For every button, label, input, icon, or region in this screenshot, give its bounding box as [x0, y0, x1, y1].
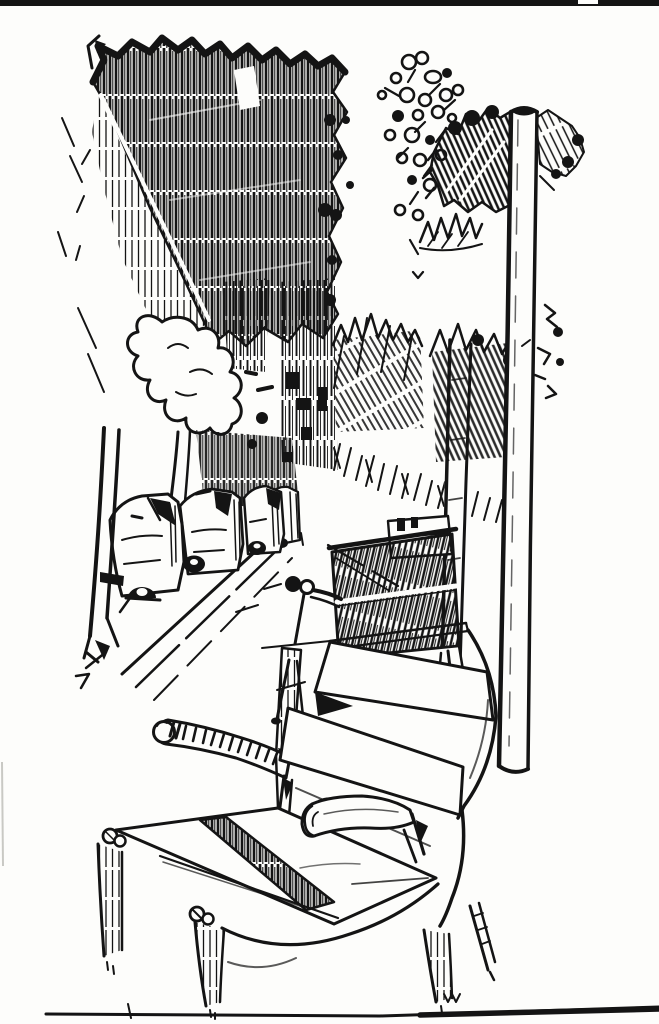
hedge-edge-jags [76, 150, 90, 260]
lamppost [499, 107, 564, 772]
backrest-right-post [458, 630, 496, 818]
trunk-base-mark [86, 652, 98, 662]
seven-mark [76, 674, 89, 688]
seat-leg-knob [203, 914, 214, 925]
bench-armrest-support [295, 594, 304, 644]
leg-foot [490, 972, 494, 980]
pole-foliage [423, 105, 584, 212]
scan-line-thick [420, 1009, 659, 1015]
far-armrest [157, 720, 290, 778]
trunk-edge [90, 428, 104, 636]
box-car-mark [411, 517, 418, 528]
near-armrest [302, 796, 414, 836]
near-armrest-attach [404, 830, 416, 862]
car-wheel-hub [190, 559, 198, 565]
hedge-blob [318, 203, 332, 217]
foliage-clump [464, 110, 480, 126]
car-3 [244, 486, 284, 555]
bench-foreground [98, 623, 496, 1019]
pen-stroke [78, 308, 96, 348]
car-wheel-hub [137, 588, 148, 596]
pole-top-tip [513, 107, 535, 116]
front-apron-inner [228, 958, 296, 967]
foliage-clump [562, 156, 574, 168]
bench-armrest-knob [301, 581, 314, 594]
trunk-base-blob [95, 640, 110, 660]
pen-stroke [88, 354, 104, 392]
car-2 [180, 489, 243, 574]
tree-dash [246, 372, 272, 390]
bench-armrest-knob [285, 576, 301, 592]
right-frame [440, 810, 464, 926]
box-car-mark [397, 518, 405, 531]
foliage-clump [448, 121, 462, 135]
scan-bar-notch [578, 0, 598, 4]
car-handle [132, 516, 142, 518]
pen-stroke [58, 232, 66, 256]
ink-sketch-drawing [0, 0, 659, 1024]
trunk-twig [120, 598, 130, 612]
foliage-marks [540, 176, 554, 190]
bushes [333, 214, 520, 526]
parked-cars [100, 486, 300, 600]
pen-stroke [62, 118, 74, 146]
seat-corner-knob [115, 836, 126, 847]
leg-edge [479, 903, 495, 962]
sketch-page [0, 0, 659, 1024]
leg-ticks [107, 962, 114, 974]
scan-border-top [0, 0, 659, 6]
foliage-clump [485, 105, 499, 119]
hedge-blob [324, 114, 336, 126]
bush-blob [472, 334, 484, 346]
foliage-clump [551, 169, 561, 179]
pen-stroke [70, 156, 82, 182]
paper-crease [2, 762, 3, 866]
scan-bar [0, 0, 659, 6]
scan-border-bottom [46, 1007, 659, 1016]
leg-edge [470, 906, 488, 970]
car-wheel-hub [254, 544, 261, 549]
foliage-clump [572, 134, 584, 146]
zigzag-bush [420, 214, 482, 242]
